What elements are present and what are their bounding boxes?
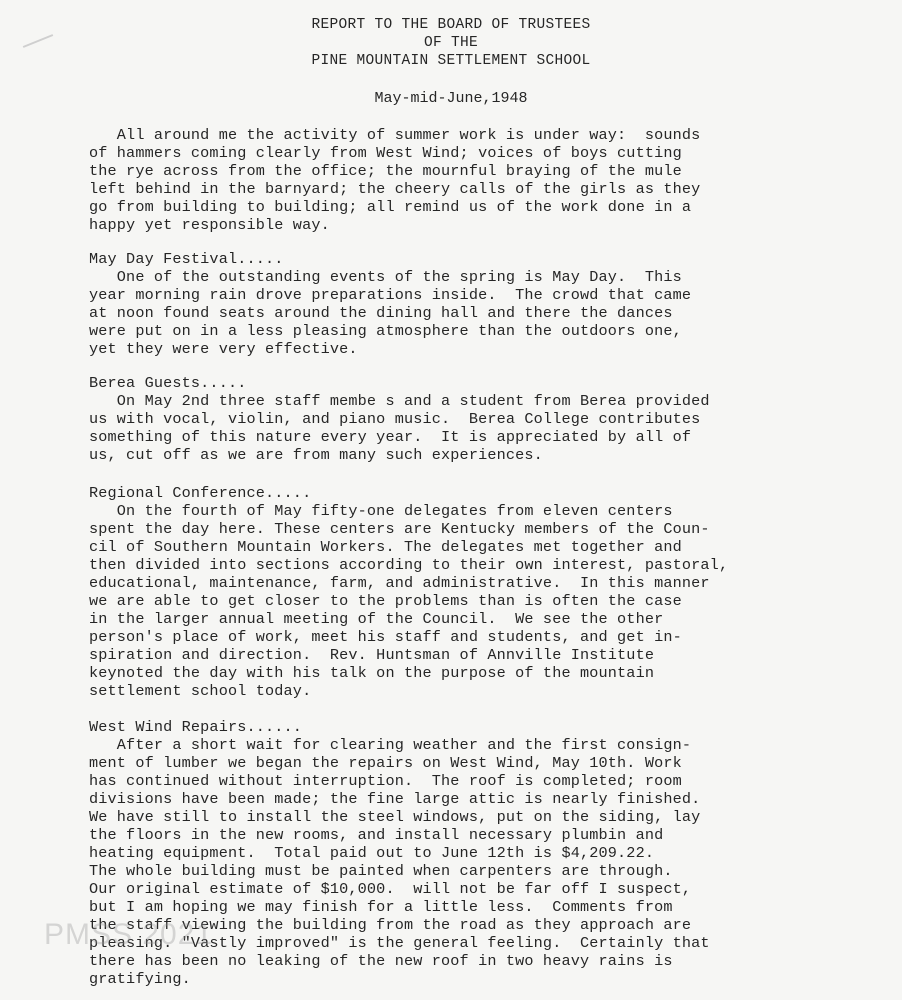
paragraph-line: On May 2nd three staff membe s and a stu…: [89, 392, 710, 410]
intro-line: of hammers coming clearly from West Wind…: [89, 144, 682, 162]
intro-line: the rye across from the office; the mour…: [89, 162, 682, 180]
section-heading-berea-guests: Berea Guests.....: [89, 374, 247, 392]
intro-line: go from building to building; all remind…: [89, 198, 691, 216]
paragraph-line: spiration and direction. Rev. Huntsman o…: [89, 646, 654, 664]
report-title: REPORT TO THE BOARD OF TRUSTEES OF THE P…: [0, 16, 902, 70]
paragraph-line: but I am hoping we may finish for a litt…: [89, 898, 673, 916]
paragraph-line: heating equipment. Total paid out to Jun…: [89, 844, 654, 862]
paragraph-line: has continued without interruption. The …: [89, 772, 682, 790]
title-line-2: OF THE: [0, 34, 902, 52]
intro-line: All around me the activity of summer wor…: [89, 126, 700, 144]
paragraph-line: educational, maintenance, farm, and admi…: [89, 574, 710, 592]
paragraph-line: we are able to get closer to the problem…: [89, 592, 682, 610]
paragraph-line: something of this nature every year. It …: [89, 428, 691, 446]
document-page: REPORT TO THE BOARD OF TRUSTEES OF THE P…: [0, 0, 902, 1000]
paragraph-line: One of the outstanding events of the spr…: [89, 268, 682, 286]
paragraph-line: We have still to install the steel windo…: [89, 808, 700, 826]
paragraph-line: On the fourth of May fifty-one delegates…: [89, 502, 673, 520]
paragraph-line: us, cut off as we are from many such exp…: [89, 446, 543, 464]
paragraph-line: in the larger annual meeting of the Coun…: [89, 610, 663, 628]
section-heading-west-wind-repairs: West Wind Repairs......: [89, 718, 302, 736]
paragraph-line: yet they were very effective.: [89, 340, 358, 358]
paragraph-line: keynoted the day with his talk on the pu…: [89, 664, 654, 682]
paragraph-line: the floors in the new rooms, and install…: [89, 826, 663, 844]
paragraph-line: settlement school today.: [89, 682, 311, 700]
title-line-3: PINE MOUNTAIN SETTLEMENT SCHOOL: [0, 52, 902, 70]
intro-line: left behind in the barnyard; the cheery …: [89, 180, 700, 198]
paragraph-line: us with vocal, violin, and piano music. …: [89, 410, 700, 428]
section-heading-may-day: May Day Festival.....: [89, 250, 284, 268]
paragraph-line: were put on in a less pleasing atmospher…: [89, 322, 682, 340]
paragraph-line: ment of lumber we began the repairs on W…: [89, 754, 682, 772]
paragraph-line: person's place of work, meet his staff a…: [89, 628, 682, 646]
report-date: May-mid-June,1948: [0, 90, 902, 107]
paragraph-line: there has been no leaking of the new roo…: [89, 952, 673, 970]
paragraph-line: divisions have been made; the fine large…: [89, 790, 700, 808]
paragraph-line: then divided into sections according to …: [89, 556, 728, 574]
paragraph-line: gratifying.: [89, 970, 191, 988]
paragraph-line: The whole building must be painted when …: [89, 862, 673, 880]
paragraph-line: After a short wait for clearing weather …: [89, 736, 691, 754]
paragraph-line: Our original estimate of $10,000. will n…: [89, 880, 691, 898]
watermark: PMSS 2021: [44, 918, 213, 952]
paragraph-line: year morning rain drove preparations ins…: [89, 286, 691, 304]
paragraph-line: at noon found seats around the dining ha…: [89, 304, 673, 322]
paragraph-line: spent the day here. These centers are Ke…: [89, 520, 710, 538]
section-heading-regional-conference: Regional Conference.....: [89, 484, 311, 502]
intro-line: happy yet responsible way.: [89, 216, 330, 234]
title-line-1: REPORT TO THE BOARD OF TRUSTEES: [0, 16, 902, 34]
paragraph-line: cil of Southern Mountain Workers. The de…: [89, 538, 682, 556]
